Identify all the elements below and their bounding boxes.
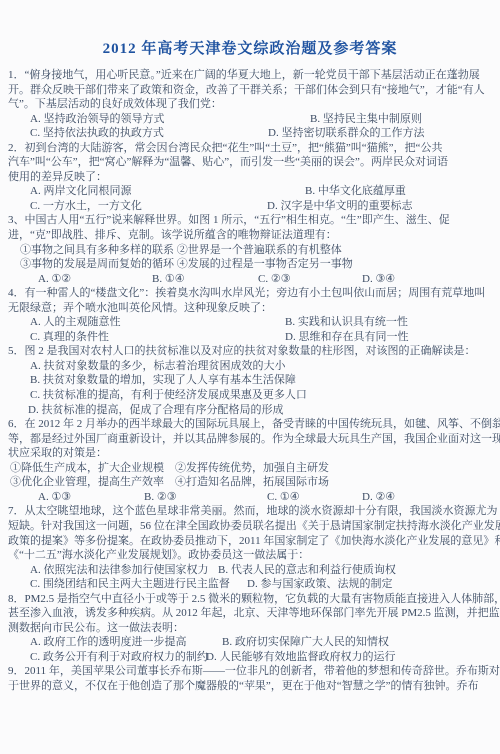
options-line: C. 政务公开有利于对政府权力的制约D. 人民能够有效地监督政府权力的运行 xyxy=(0,650,500,665)
option-text: C. 围绕团结和民主两大主题进行民主监督 xyxy=(30,577,230,592)
option-text: A. 人的主观随意性 xyxy=(30,315,120,330)
text-line: C. 扶贫标准的提高，有利于使经济发展成果惠及更多人口 xyxy=(0,388,500,403)
option-text: C. ①④ xyxy=(267,490,300,505)
text-line: 于世界的意义，不仅在于他创造了那个魔器般的“苹果”，更在于他对“智慧之学”的情有… xyxy=(0,679,500,694)
option-text: B. 代表人民的意志和利益行使质询权 xyxy=(218,563,396,578)
text-line: ①降低生产成本，扩大企业规模 ②发挥传统优势，加强自主研发 xyxy=(0,461,500,476)
text-line: 汽车”叫“公车”，把“窝心”解释为“温馨、贴心”，而引发一些“美丽的误会”。两岸… xyxy=(0,155,500,170)
option-text: D. 参与国家政策、法规的制定 xyxy=(247,577,392,592)
option-text: A. 政府工作的透明度进一步提高 xyxy=(30,635,186,650)
option-text: D. 汉字是中华文明的重要标志 xyxy=(267,199,412,214)
text-line: D. 扶贫标准的提高，促成了合理有序分配格局的形成 xyxy=(0,403,500,418)
text-line: 政策的提案》等多份提案。在政协委员推动下，2011 年国家制定了《加快海水淡化产… xyxy=(0,534,500,549)
document-page: 2012 年高考天津卷文综政治题及参考答案 1．“俯身接地气，用心听民意。”近来… xyxy=(0,0,500,754)
option-text: B. ②③ xyxy=(144,490,177,505)
page-title: 2012 年高考天津卷文综政治题及参考答案 xyxy=(0,38,500,60)
question-2: 2．初到台湾的大陆游客，常会因台湾民众把“花生”叫“土豆”，把“熊猫”叫“猫熊”… xyxy=(0,141,500,214)
text-line: 短缺。针对我国这一问题，56 位在津全国政协委员联名提出《关于恳请国家制定扶持海… xyxy=(0,519,500,534)
question-4: 4．有一种雷人的“楼盘文化”：挨着臭水沟叫水岸风光；旁边有小土包叫依山而居；周围… xyxy=(0,286,500,344)
text-line: 甚至渗入血液，诱发多种疾病。从 2012 年起，北京、天津等地环保部门率先开展 … xyxy=(0,606,500,621)
option-text: B. 实践和认识具有统一性 xyxy=(285,315,408,330)
document-body: 1．“俯身接地气，用心听民意。”近来在广阔的华夏大地上，新一轮党员干部下基层活动… xyxy=(0,68,500,694)
text-line: 等，都是经过外国厂商重新设计，并以其品牌参展的。作为全球最大玩具生产国，我国企业… xyxy=(0,432,500,447)
question-8: 8．PM2.5 是指空气中直径小于或等于 2.5 微米的颗粒物，它负载的大量有害… xyxy=(0,592,500,665)
option-text: D. 人民能够有效地监督政府权力的运行 xyxy=(206,650,395,665)
question-3: 3、中国古人用“五行”说来解释世界。如图 1 所示，“五行”相生相克。“生”即产… xyxy=(0,213,500,286)
text-line: 使用的差异反映了： xyxy=(0,170,500,185)
text-line: 《“十二五”海水淡化产业发展规划》。政协委员这一做法属于： xyxy=(0,548,500,563)
options-line: A. 两岸文化同根同源B. 中华文化底蕴厚重 xyxy=(0,184,500,199)
text-line: 测数据向市民公布。这一做法表明： xyxy=(0,621,500,636)
text-line: 6．在 2012 年 2 月举办的西半球最大的国际玩具展上，备受青睐的中国传统玩… xyxy=(0,417,500,432)
text-line: ①事物之间具有多种多样的联系 ②世界是一个普遍联系的有机整体 xyxy=(0,243,500,258)
option-text: B. ①④ xyxy=(152,272,185,287)
options-line: A. ①②B. ①④C. ②③D. ③④ xyxy=(0,272,500,287)
text-line: 气”。下基层活动的良好成效体现了我们党： xyxy=(0,97,500,112)
option-text: D. ②④ xyxy=(362,490,395,505)
option-text: B. 政府切实保障广大人民的知情权 xyxy=(222,635,389,650)
text-line: 1．“俯身接地气，用心听民意。”近来在广阔的华夏大地上，新一轮党员干部下基层活动… xyxy=(0,68,500,83)
options-line: C. 围绕团结和民主两大主题进行民主监督D. 参与国家政策、法规的制定 xyxy=(0,577,500,592)
text-line: A. 扶贫对象数量的多少，标志着治理贫困成效的大小 xyxy=(0,359,500,374)
option-text: A. ①③ xyxy=(38,490,71,505)
options-line: A. 依照宪法和法律参加行使国家权力B. 代表人民的意志和利益行使质询权 xyxy=(0,563,500,578)
question-9: 9．2011 年，美国苹果公司董事长乔布斯——一位非凡的创新者，带着他的梦想和传… xyxy=(0,664,500,693)
text-line: B. 扶贫对象数量的增加，实现了人人享有基本生活保障 xyxy=(0,373,500,388)
options-line: A. 坚持政治领导的领导方式B. 坚持民主集中制原则 xyxy=(0,112,500,127)
question-1: 1．“俯身接地气，用心听民意。”近来在广阔的华夏大地上，新一轮党员干部下基层活动… xyxy=(0,68,500,141)
text-line: 2．初到台湾的大陆游客，常会因台湾民众把“花生”叫“土豆”，把“熊猫”叫“猫熊”… xyxy=(0,141,500,156)
text-line: ③事物的发展是周而复始的循环 ④发展的过程是一事物否定另一事物 xyxy=(0,257,500,272)
options-line: A. 人的主观随意性B. 实践和认识具有统一性 xyxy=(0,315,500,330)
option-text: C. ②③ xyxy=(258,272,291,287)
text-line: 开。群众反映干部们带来了政策和资金，改善了干群关系；干部们体会到只有“接地气”，… xyxy=(0,83,500,98)
text-line: 状应采取的对策是： xyxy=(0,446,500,461)
option-text: B. 坚持民主集中制原则 xyxy=(310,112,422,127)
option-text: D. 思维和存在具有同一性 xyxy=(285,330,408,345)
option-text: A. ①② xyxy=(38,272,71,287)
question-5: 5．图 2 是我国对农村人口的扶贫标准以及对应的扶贫对象数量的柱形图，对该图的正… xyxy=(0,344,500,417)
text-line: 9．2011 年，美国苹果公司董事长乔布斯——一位非凡的创新者，带着他的梦想和传… xyxy=(0,664,500,679)
option-text: A. 依照宪法和法律参加行使国家权力 xyxy=(30,563,208,578)
option-text: C. 一方水土，一方文化 xyxy=(30,199,142,214)
option-text: D. 坚持密切联系群众的工作方法 xyxy=(268,126,424,141)
text-line: 4．有一种雷人的“楼盘文化”：挨着臭水沟叫水岸风光；旁边有小土包叫依山而居；周围… xyxy=(0,286,500,301)
option-text: C. 真理的条件性 xyxy=(30,330,109,345)
text-line: 3、中国古人用“五行”说来解释世界。如图 1 所示，“五行”相生相克。“生”即产… xyxy=(0,213,500,228)
options-line: A. 政府工作的透明度进一步提高B. 政府切实保障广大人民的知情权 xyxy=(0,635,500,650)
text-line: ③优化企业管理，提高生产效率 ④打造知名品牌，拓展国际市场 xyxy=(0,475,500,490)
options-line: C. 坚持依法执政的执政方式D. 坚持密切联系群众的工作方法 xyxy=(0,126,500,141)
options-line: A. ①③B. ②③C. ①④D. ②④ xyxy=(0,490,500,505)
text-line: 无限绿意；弄个喷水池叫英伦风情。这种现象反映了： xyxy=(0,301,500,316)
options-line: C. 一方水土，一方文化D. 汉字是中华文明的重要标志 xyxy=(0,199,500,214)
option-text: C. 政务公开有利于对政府权力的制约 xyxy=(30,650,208,665)
text-line: 7．从太空眺望地球，这个蓝色星球非常美丽。然而，地球的淡水资源却十分有限，我国淡… xyxy=(0,504,500,519)
option-text: A. 两岸文化同根同源 xyxy=(30,184,131,199)
option-text: B. 中华文化底蕴厚重 xyxy=(305,184,406,199)
text-line: 5．图 2 是我国对农村人口的扶贫标准以及对应的扶贫对象数量的柱形图，对该图的正… xyxy=(0,344,500,359)
question-6: 6．在 2012 年 2 月举办的西半球最大的国际玩具展上，备受青睐的中国传统玩… xyxy=(0,417,500,504)
question-7: 7．从太空眺望地球，这个蓝色星球非常美丽。然而，地球的淡水资源却十分有限，我国淡… xyxy=(0,504,500,591)
text-line: 进，“克”即战胜、排斥、克制。该学说所蕴含的唯物辩证法道理有： xyxy=(0,228,500,243)
options-line: C. 真理的条件性D. 思维和存在具有同一性 xyxy=(0,330,500,345)
text-line: 8．PM2.5 是指空气中直径小于或等于 2.5 微米的颗粒物，它负载的大量有害… xyxy=(0,592,500,607)
option-text: D. ③④ xyxy=(362,272,395,287)
option-text: C. 坚持依法执政的执政方式 xyxy=(30,126,164,141)
option-text: A. 坚持政治领导的领导方式 xyxy=(30,112,164,127)
